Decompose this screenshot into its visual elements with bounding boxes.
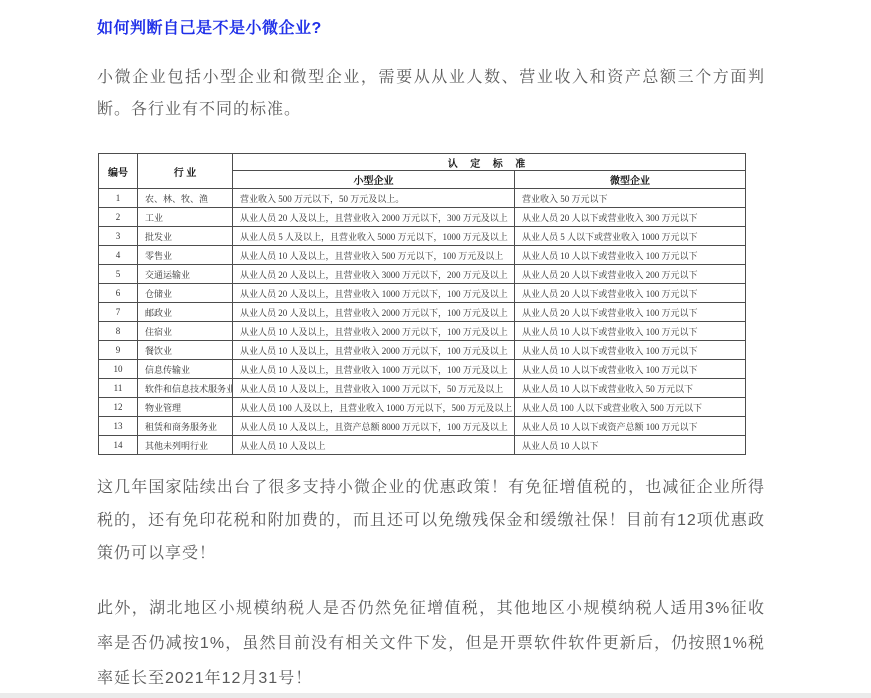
- micro-enterprise-cell: 从业人员 10 人以下或资产总额 100 万元以下: [515, 417, 746, 436]
- small-enterprise-cell: 从业人员 10 人及以上，且营业收入 2000 万元以下，100 万元及以上: [233, 322, 515, 341]
- table-row: 10 信息传输业 从业人员 10 人及以上，且营业收入 1000 万元以下，10…: [99, 360, 746, 379]
- small-enterprise-cell: 从业人员 10 人及以上，且资产总额 8000 万元以下，100 万元及以上: [233, 417, 515, 436]
- small-enterprise-cell: 从业人员 5 人及以上，且营业收入 5000 万元以下，1000 万元及以上: [233, 227, 515, 246]
- small-enterprise-cell: 从业人员 10 人及以上，且营业收入 2000 万元以下，100 万元及以上: [233, 341, 515, 360]
- industry-cell: 租赁和商务服务业: [138, 417, 233, 436]
- smb-criteria-table: 编号 行 业 认 定 标 准 小型企业 微型企业 1 农、林、牧、渔 营业收入 …: [98, 153, 746, 455]
- industry-cell: 餐饮业: [138, 341, 233, 360]
- intro-paragraph: 小微企业包括小型企业和微型企业，需要从从业人数、营业收入和资产总额三个方面判断。…: [97, 62, 765, 126]
- row-no: 12: [99, 398, 138, 417]
- table-row: 9 餐饮业 从业人员 10 人及以上，且营业收入 2000 万元以下，100 万…: [99, 341, 746, 360]
- table-row: 12 物业管理 从业人员 100 人及以上，且营业收入 1000 万元以下，50…: [99, 398, 746, 417]
- micro-enterprise-cell: 从业人员 20 人以下或营业收入 200 万元以下: [515, 265, 746, 284]
- row-no: 6: [99, 284, 138, 303]
- industry-cell: 住宿业: [138, 322, 233, 341]
- small-enterprise-cell: 从业人员 100 人及以上，且营业收入 1000 万元以下，500 万元及以上: [233, 398, 515, 417]
- micro-enterprise-cell: 从业人员 10 人以下: [515, 436, 746, 455]
- policy-paragraph: 这几年国家陆续出台了很多支持小微企业的优惠政策！有免征增值税的，也减征企业所得税…: [97, 471, 765, 570]
- small-enterprise-cell: 从业人员 10 人及以上: [233, 436, 515, 455]
- micro-enterprise-cell: 从业人员 20 人以下或营业收入 100 万元以下: [515, 284, 746, 303]
- micro-enterprise-cell: 从业人员 20 人以下或营业收入 100 万元以下: [515, 303, 746, 322]
- article-page: 如何判断自己是不是小微企业? 小微企业包括小型企业和微型企业，需要从从业人数、营…: [0, 0, 871, 698]
- small-enterprise-cell: 从业人员 20 人及以上，且营业收入 3000 万元以下，200 万元及以上: [233, 265, 515, 284]
- industry-cell: 信息传输业: [138, 360, 233, 379]
- small-enterprise-cell: 营业收入 500 万元以下，50 万元及以上。: [233, 189, 515, 208]
- row-no: 1: [99, 189, 138, 208]
- small-enterprise-cell: 从业人员 20 人及以上，且营业收入 2000 万元以下，300 万元及以上: [233, 208, 515, 227]
- table-row: 2 工业 从业人员 20 人及以上，且营业收入 2000 万元以下，300 万元…: [99, 208, 746, 227]
- row-no: 9: [99, 341, 138, 360]
- column-header-industry: 行 业: [138, 154, 233, 189]
- micro-enterprise-cell: 从业人员 20 人以下或营业收入 300 万元以下: [515, 208, 746, 227]
- industry-cell: 邮政业: [138, 303, 233, 322]
- micro-enterprise-cell: 营业收入 50 万元以下: [515, 189, 746, 208]
- micro-enterprise-cell: 从业人员 5 人以下或营业收入 1000 万元以下: [515, 227, 746, 246]
- industry-cell: 物业管理: [138, 398, 233, 417]
- small-enterprise-cell: 从业人员 10 人及以上，且营业收入 500 万元以下，100 万元及以上: [233, 246, 515, 265]
- industry-cell: 农、林、牧、渔: [138, 189, 233, 208]
- column-header-small-enterprise: 小型企业: [233, 171, 515, 189]
- table-row: 4 零售业 从业人员 10 人及以上，且营业收入 500 万元以下，100 万元…: [99, 246, 746, 265]
- row-no: 10: [99, 360, 138, 379]
- industry-cell: 工业: [138, 208, 233, 227]
- micro-enterprise-cell: 从业人员 100 人以下或营业收入 500 万元以下: [515, 398, 746, 417]
- industry-cell: 其他未列明行业: [138, 436, 233, 455]
- micro-enterprise-cell: 从业人员 10 人以下或营业收入 100 万元以下: [515, 341, 746, 360]
- table-row: 3 批发业 从业人员 5 人及以上，且营业收入 5000 万元以下，1000 万…: [99, 227, 746, 246]
- small-enterprise-cell: 从业人员 10 人及以上，且营业收入 1000 万元以下，50 万元及以上: [233, 379, 515, 398]
- small-enterprise-cell: 从业人员 10 人及以上，且营业收入 1000 万元以下，100 万元及以上: [233, 360, 515, 379]
- industry-cell: 批发业: [138, 227, 233, 246]
- row-no: 11: [99, 379, 138, 398]
- table-row: 7 邮政业 从业人员 20 人及以上，且营业收入 2000 万元以下，100 万…: [99, 303, 746, 322]
- table-row: 11 软件和信息技术服务业 从业人员 10 人及以上，且营业收入 1000 万元…: [99, 379, 746, 398]
- row-no: 13: [99, 417, 138, 436]
- table-row: 8 住宿业 从业人员 10 人及以上，且营业收入 2000 万元以下，100 万…: [99, 322, 746, 341]
- industry-cell: 零售业: [138, 246, 233, 265]
- small-enterprise-cell: 从业人员 20 人及以上，且营业收入 1000 万元以下，100 万元及以上: [233, 284, 515, 303]
- row-no: 5: [99, 265, 138, 284]
- row-no: 7: [99, 303, 138, 322]
- table-row: 14 其他未列明行业 从业人员 10 人及以上 从业人员 10 人以下: [99, 436, 746, 455]
- page-title: 如何判断自己是不是小微企业?: [97, 15, 322, 38]
- table-row: 1 农、林、牧、渔 营业收入 500 万元以下，50 万元及以上。 营业收入 5…: [99, 189, 746, 208]
- micro-enterprise-cell: 从业人员 10 人以下或营业收入 50 万元以下: [515, 379, 746, 398]
- bottom-divider: [0, 693, 871, 698]
- column-header-no: 编号: [99, 154, 138, 189]
- column-header-standard: 认 定 标 准: [233, 154, 746, 171]
- row-no: 2: [99, 208, 138, 227]
- industry-cell: 仓储业: [138, 284, 233, 303]
- row-no: 14: [99, 436, 138, 455]
- tax-paragraph: 此外，湖北地区小规模纳税人是否仍然免征增值税，其他地区小规模纳税人适用3%征收率…: [97, 591, 765, 696]
- micro-enterprise-cell: 从业人员 10 人以下或营业收入 100 万元以下: [515, 360, 746, 379]
- row-no: 4: [99, 246, 138, 265]
- industry-cell: 软件和信息技术服务业: [138, 379, 233, 398]
- row-no: 8: [99, 322, 138, 341]
- row-no: 3: [99, 227, 138, 246]
- table-row: 13 租赁和商务服务业 从业人员 10 人及以上，且资产总额 8000 万元以下…: [99, 417, 746, 436]
- table-row: 5 交通运输业 从业人员 20 人及以上，且营业收入 3000 万元以下，200…: [99, 265, 746, 284]
- micro-enterprise-cell: 从业人员 10 人以下或营业收入 100 万元以下: [515, 246, 746, 265]
- industry-cell: 交通运输业: [138, 265, 233, 284]
- small-enterprise-cell: 从业人员 20 人及以上，且营业收入 2000 万元以下，100 万元及以上: [233, 303, 515, 322]
- micro-enterprise-cell: 从业人员 10 人以下或营业收入 100 万元以下: [515, 322, 746, 341]
- table-row: 6 仓储业 从业人员 20 人及以上，且营业收入 1000 万元以下，100 万…: [99, 284, 746, 303]
- column-header-micro-enterprise: 微型企业: [515, 171, 746, 189]
